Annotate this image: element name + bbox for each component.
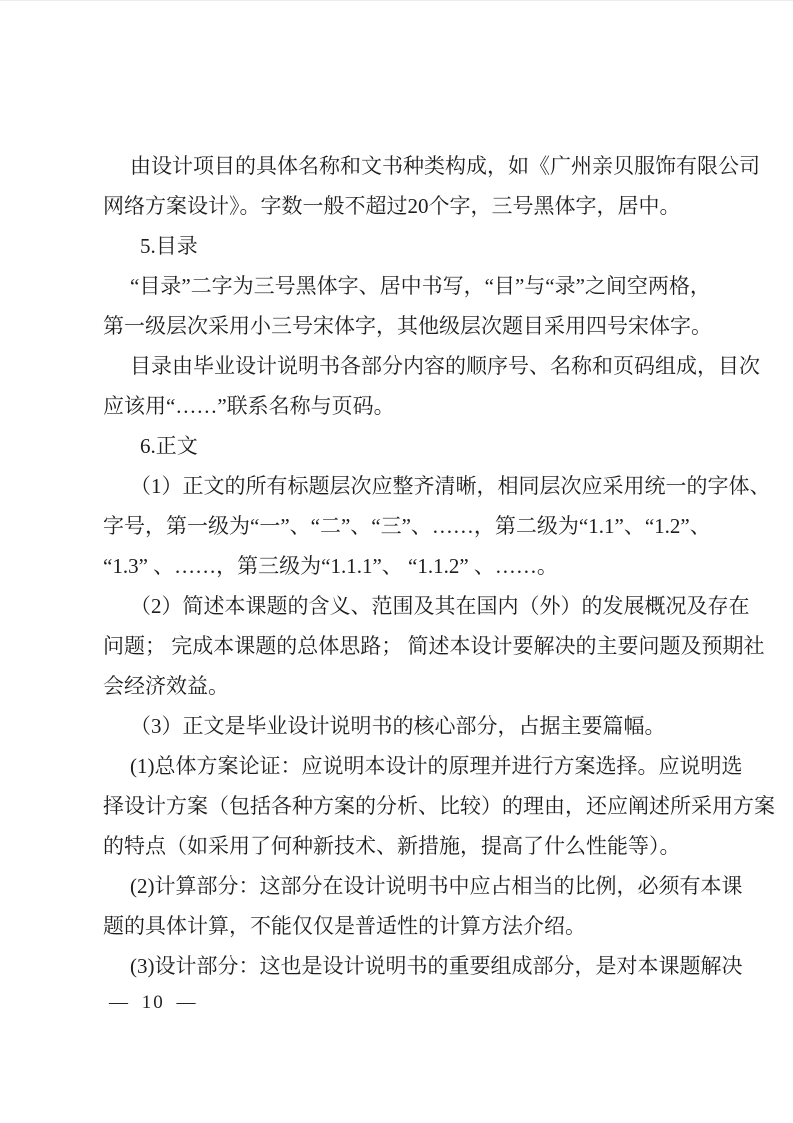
section-heading-line: 6.正文 bbox=[103, 426, 718, 466]
text-line: 的特点（如采用了何种新技术、新措施，提高了什么性能等）。 bbox=[103, 826, 718, 866]
page-number: — 10 — bbox=[109, 992, 198, 1013]
page-footer: — 10 — bbox=[109, 992, 198, 1014]
section-heading-line: 5.目录 bbox=[103, 226, 718, 266]
text-line: (2)计算部分：这部分在设计说明书中应占相当的比例，必须有本课 bbox=[103, 866, 718, 906]
text-line: 会经济效益。 bbox=[103, 666, 718, 706]
text-line: （3）正文是毕业设计说明书的核心部分，占据主要篇幅。 bbox=[103, 706, 718, 746]
text-line: (1)总体方案论证：应说明本设计的原理并进行方案选择。应说明选 bbox=[103, 746, 718, 786]
text-line: （2）简述本课题的含义、范围及其在国内（外）的发展概况及存在 bbox=[103, 586, 718, 626]
text-line: （1）正文的所有标题层次应整齐清晰，相同层次应采用统一的字体、 bbox=[103, 466, 718, 506]
text-line: 目录由毕业设计说明书各部分内容的顺序号、名称和页码组成，目次 bbox=[103, 346, 718, 386]
text-line: “目录”二字为三号黑体字、居中书写，“目”与“录”之间空两格， bbox=[103, 266, 718, 306]
text-line: 应该用“……”联系名称与页码。 bbox=[103, 386, 718, 426]
text-block: 由设计项目的具体名称和文书种类构成，如《广州亲贝服饰有限公司网络方案设计》。字数… bbox=[103, 146, 718, 986]
text-line: 择设计方案（包括各种方案的分析、比较）的理由，还应阐述所采用方案 bbox=[103, 786, 718, 826]
text-line: 题的具体计算，不能仅仅是普适性的计算方法介绍。 bbox=[103, 906, 718, 946]
text-line: 问题； 完成本课题的总体思路； 简述本设计要解决的主要问题及预期社 bbox=[103, 626, 718, 666]
text-line: 字号，第一级为“一”、“二”、“三”、……，第二级为“1.1”、“1.2”、 bbox=[103, 506, 718, 546]
text-line: 由设计项目的具体名称和文书种类构成，如《广州亲贝服饰有限公司 bbox=[103, 146, 718, 186]
text-line: 网络方案设计》。字数一般不超过20个字，三号黑体字，居中。 bbox=[103, 186, 718, 226]
text-line: (3)设计部分：这也是设计说明书的重要组成部分，是对本课题解决 bbox=[103, 946, 718, 986]
document-page: 由设计项目的具体名称和文书种类构成，如《广州亲贝服饰有限公司网络方案设计》。字数… bbox=[0, 0, 793, 1123]
text-line: 第一级层次采用小三号宋体字，其他级层次题目采用四号宋体字。 bbox=[103, 306, 718, 346]
text-line: “1.3” 、……，第三级为“1.1.1”、 “1.1.2” 、……。 bbox=[103, 546, 718, 586]
